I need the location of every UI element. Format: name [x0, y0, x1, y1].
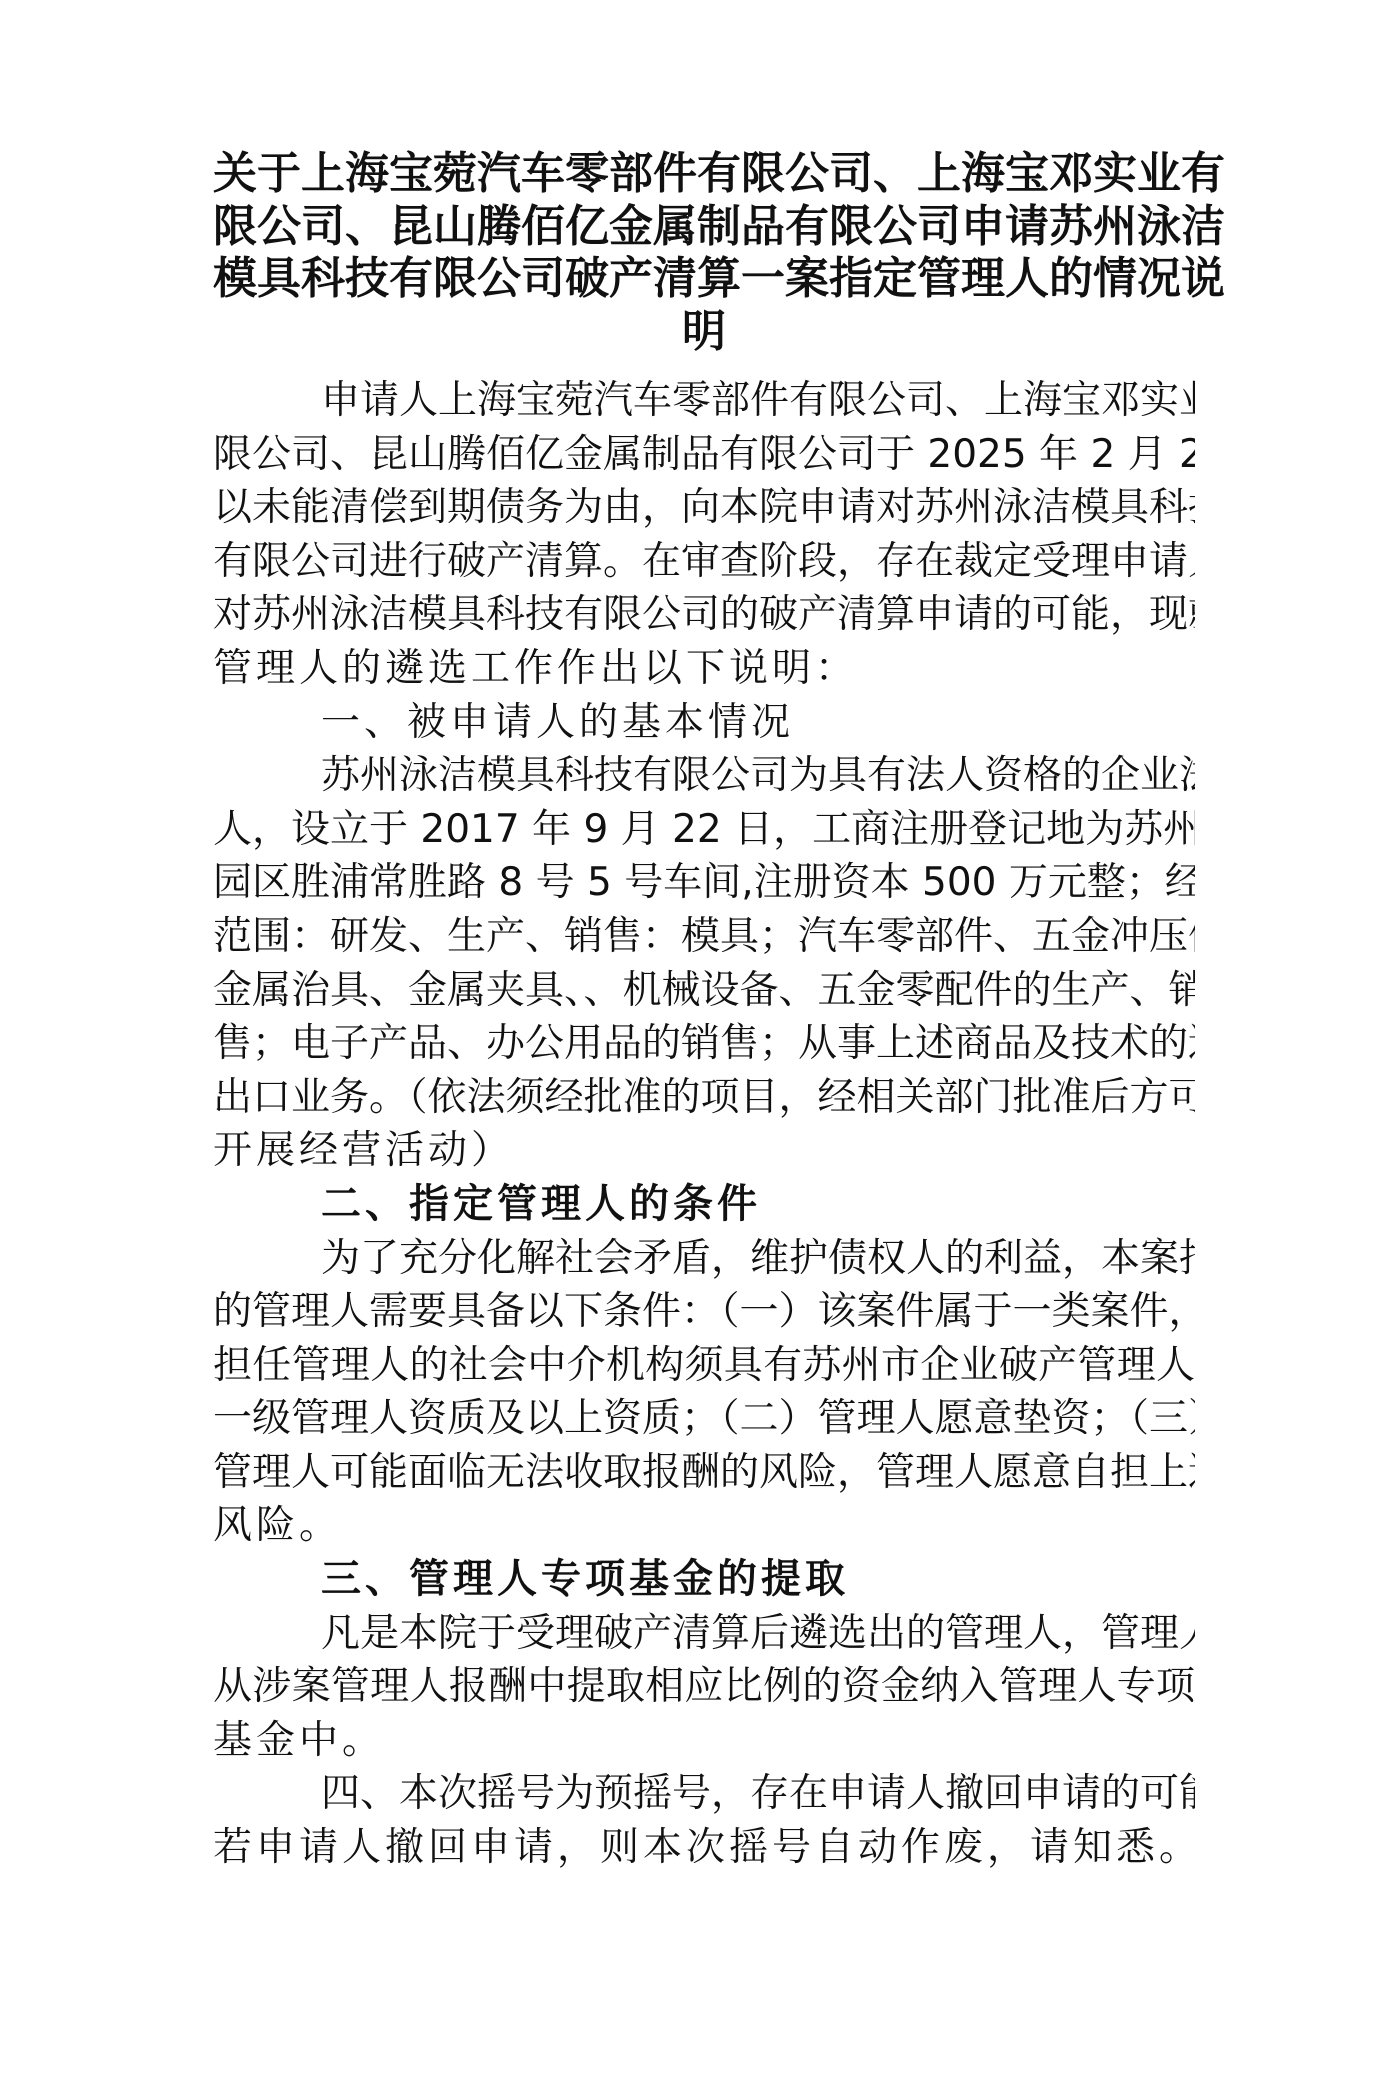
paragraph-line: 基金中。 [213, 1714, 1195, 1768]
title-line: 模具科技有限公司破产清算一案指定管理人的情况说 [213, 253, 1195, 306]
paragraph-line: 出口业务。（依法须经批准的项目，经相关部门批准后方可 [213, 1071, 1195, 1125]
section-heading: 三、管理人专项基金的提取 [213, 1553, 1195, 1607]
paragraph-line: 对苏州泳洁模具科技有限公司的破产清算申请的可能，现就 [213, 588, 1195, 642]
section-administrator-conditions: 二、指定管理人的条件 为了充分化解社会矛盾，维护债权人的利益，本案指定 的管理人… [213, 1178, 1195, 1553]
document-title: 关于上海宝菀汽车零部件有限公司、上海宝邓实业有 限公司、昆山腾佰亿金属制品有限公… [213, 148, 1195, 358]
section-heading: 一、被申请人的基本情况 [213, 696, 1195, 750]
paragraph-line: 的管理人需要具备以下条件：（一）该案件属于一类案件， [213, 1285, 1195, 1339]
paragraph-line: 申请人上海宝菀汽车零部件有限公司、上海宝邓实业有 [213, 374, 1195, 428]
paragraph-line: 为了充分化解社会矛盾，维护债权人的利益，本案指定 [213, 1232, 1195, 1286]
paragraph-line: 从涉案管理人报酬中提取相应比例的资金纳入管理人专项 [213, 1660, 1195, 1714]
paragraph-line: 凡是本院于受理破产清算后遴选出的管理人，管理人将 [213, 1607, 1195, 1661]
paragraph-line: 管理人的遴选工作作出以下说明： [213, 642, 1195, 696]
paragraph-line: 人，设立于 2017 年 9 月 22 日，工商注册登记地为苏州工业 [213, 803, 1195, 857]
paragraph-line: 范围：研发、生产、销售：模具；汽车零部件、五金冲压件、 [213, 910, 1195, 964]
section-heading: 二、指定管理人的条件 [213, 1178, 1195, 1232]
paragraph-line: 风险。 [213, 1499, 1195, 1553]
section-respondent-basic-info: 一、被申请人的基本情况 苏州泳洁模具科技有限公司为具有法人资格的企业法 人，设立… [213, 696, 1195, 1178]
paragraph-line: 担任管理人的社会中介机构须具有苏州市企业破产管理人 [213, 1339, 1195, 1393]
paragraph-line: 金属治具、金属夹具、、机械设备、五金零配件的生产、销 [213, 964, 1195, 1018]
paragraph-line: 四、本次摇号为预摇号，存在申请人撤回申请的可能， [213, 1767, 1195, 1821]
paragraph-line: 售；电子产品、办公用品的销售；从事上述商品及技术的进 [213, 1017, 1195, 1071]
paragraph-line: 以未能清偿到期债务为由，向本院申请对苏州泳洁模具科技 [213, 481, 1195, 535]
paragraph-line: 有限公司进行破产清算。在审查阶段，存在裁定受理申请人 [213, 535, 1195, 589]
paragraph-line: 开展经营活动） [213, 1124, 1195, 1178]
title-line: 限公司、昆山腾佰亿金属制品有限公司申请苏州泳洁 [213, 201, 1195, 254]
document-body: 申请人上海宝菀汽车零部件有限公司、上海宝邓实业有 限公司、昆山腾佰亿金属制品有限… [213, 374, 1195, 1875]
document-page: 关于上海宝菀汽车零部件有限公司、上海宝邓实业有 限公司、昆山腾佰亿金属制品有限公… [213, 148, 1195, 1875]
paragraph-line: 园区胜浦常胜路 8 号 5 号车间,注册资本 500 万元整；经营 [213, 856, 1195, 910]
section-special-fund: 三、管理人专项基金的提取 凡是本院于受理破产清算后遴选出的管理人，管理人将 从涉… [213, 1553, 1195, 1767]
paragraph-line: 若申请人撤回申请，则本次摇号自动作废，请知悉。 [213, 1821, 1195, 1875]
paragraph-line: 限公司、昆山腾佰亿金属制品有限公司于 2025 年 2 月 28 日 [213, 428, 1195, 482]
title-line: 明 [213, 306, 1195, 359]
paragraph-line: 管理人可能面临无法收取报酬的风险，管理人愿意自担上述 [213, 1446, 1195, 1500]
title-line: 关于上海宝菀汽车零部件有限公司、上海宝邓实业有 [213, 148, 1195, 201]
paragraph-line: 苏州泳洁模具科技有限公司为具有法人资格的企业法 [213, 749, 1195, 803]
intro-paragraph: 申请人上海宝菀汽车零部件有限公司、上海宝邓实业有 限公司、昆山腾佰亿金属制品有限… [213, 374, 1195, 696]
section-pre-lottery-notice: 四、本次摇号为预摇号，存在申请人撤回申请的可能， 若申请人撤回申请，则本次摇号自… [213, 1767, 1195, 1874]
paragraph-line: 一级管理人资质及以上资质；（二）管理人愿意垫资；（三） [213, 1392, 1195, 1446]
